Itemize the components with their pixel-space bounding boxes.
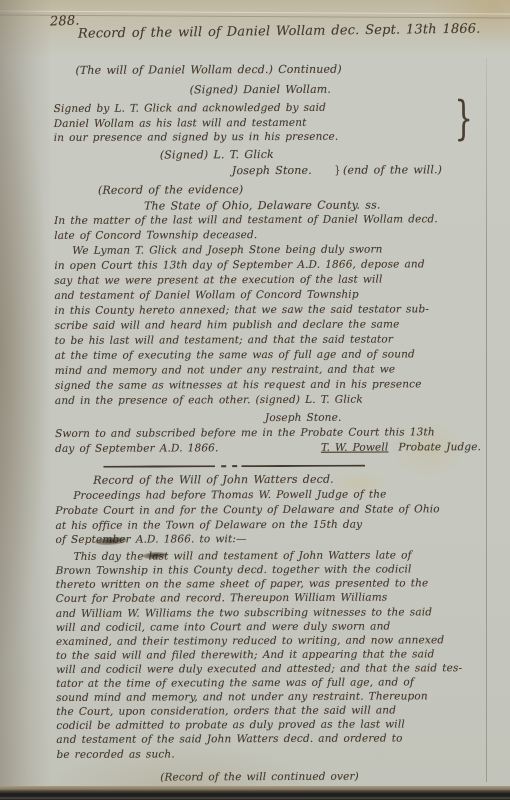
handwritten-line: and William W. Williams the two subscrib… (56, 605, 492, 621)
watters-body: This day the last will and testament of … (56, 548, 493, 761)
record-title: Record of the will of Daniel Wollam dec.… (78, 21, 498, 41)
right-brace: } (454, 96, 473, 142)
witness-signature-stone: Joseph Stone. (232, 162, 312, 178)
handwritten-line: will and codicil were duly executed and … (56, 661, 492, 677)
ledger-photo: 288. Record of the will of Daniel Wollam… (0, 0, 510, 800)
handwritten-line: thereto written on the same sheet of pap… (56, 576, 492, 592)
handwritten-line: sound mind and memory, and not under any… (56, 689, 492, 705)
end-of-will-note: (end of the will.) (343, 162, 442, 178)
handwritten-line: In the matter of the last will and testa… (54, 212, 490, 229)
manuscript-page: 288. Record of the will of Daniel Wollam… (0, 0, 510, 788)
jurat-date: day of September A.D. 1866. (55, 441, 218, 457)
book-edge (0, 786, 510, 800)
judge-signature-block: T. W. Powell Probate Judge. (321, 440, 481, 456)
testator-signature-line: (Signed) Daniel Wollam. (54, 79, 490, 100)
divider-dash (232, 465, 237, 467)
section-divider (103, 461, 491, 471)
divider-segment (103, 465, 215, 467)
witness-signature-stone-2: Joseph Stone. (55, 409, 491, 427)
witness-signature-stone-row: Joseph Stone. } (end of the will.) (54, 162, 490, 179)
divider-segment (241, 464, 365, 467)
left-brace: } (335, 162, 341, 178)
divider-dash (221, 465, 226, 467)
jurat-date-row: day of September A.D. 1866. T. W. Powell… (55, 440, 491, 457)
handwritten-line: be recorded as such. (56, 746, 492, 762)
witness-signature-glick: (Signed) L. T. Glick (54, 146, 490, 164)
handwritten-line: in our presence and signed by us in his … (54, 129, 466, 145)
handwritten-line: Probate Court in and for the County of D… (55, 502, 491, 519)
continued-over-note: (Record of the will continued over) (57, 769, 493, 785)
page-number: 288. (50, 13, 80, 29)
handwritten-line: in this County hereto annexed; that we s… (54, 302, 490, 319)
attestation-clause: Signed by L. T. Glick and acknowledged b… (54, 100, 466, 145)
evidence-paragraph: In the matter of the last will and testa… (54, 212, 491, 409)
will-continued-heading: (The will of Daniel Wollam decd.) Contin… (53, 59, 489, 81)
evidence-heading: (Record of the evidence) (54, 180, 490, 199)
judge-signature: T. W. Powell (321, 441, 389, 453)
handwritten-line: and in the presence of each other. (sign… (55, 392, 491, 409)
manuscript-body: (The will of Daniel Wollam decd.) Contin… (53, 59, 492, 784)
binding-gutter-shadow (0, 0, 52, 788)
watters-heading: Record of the Will of John Watters decd. (55, 471, 491, 489)
judge-title: Probate Judge. (398, 441, 481, 453)
